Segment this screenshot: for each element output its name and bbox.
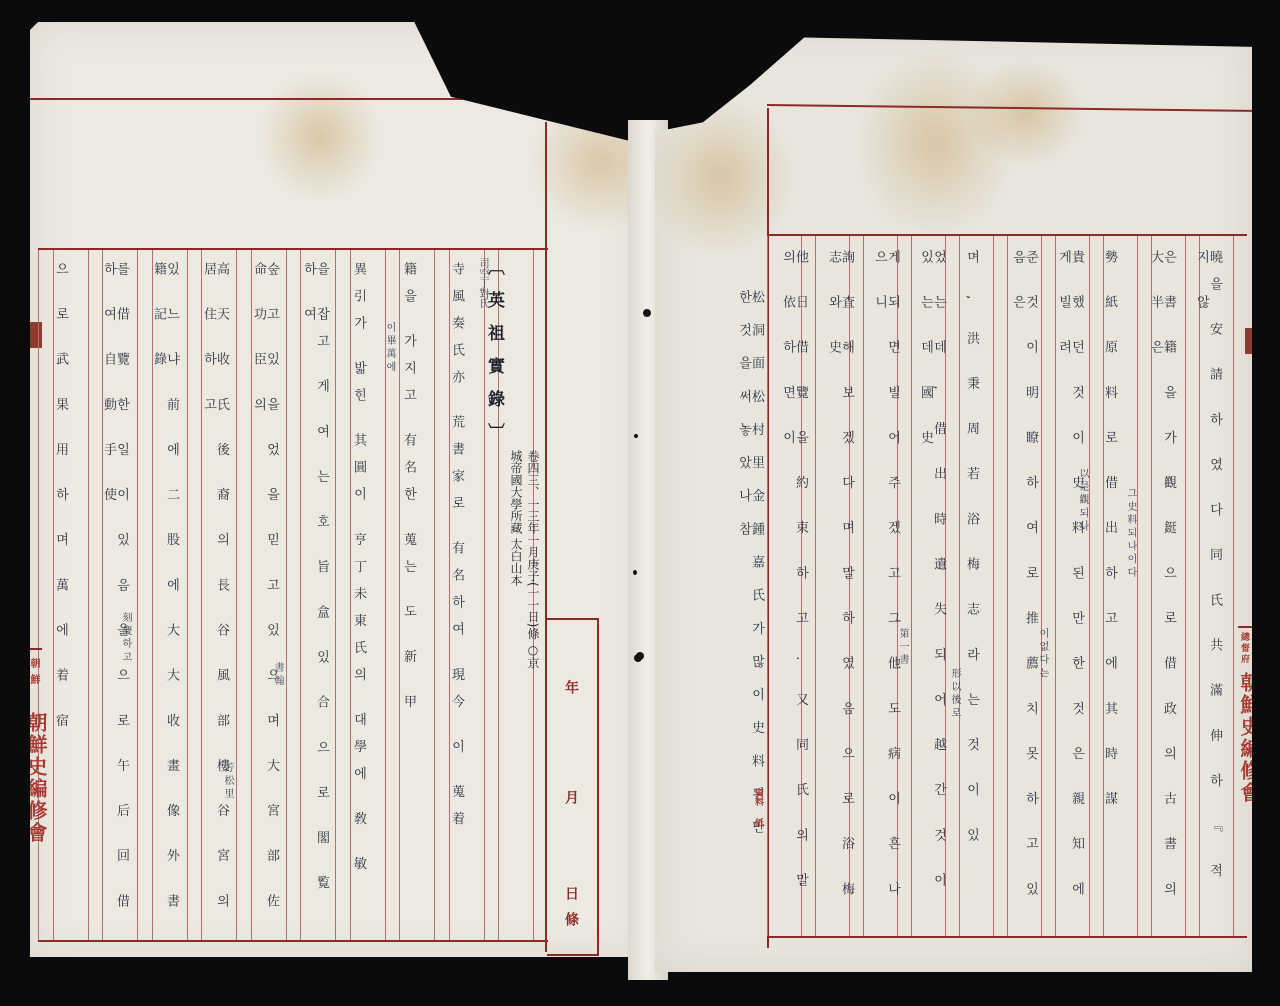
grid-gap xyxy=(187,250,202,940)
text-column-2: 은 書 籍 을 가 觀 鋌 으 로 借 政 의 古 書 의 大 半 은 xyxy=(1149,250,1175,930)
annotation: 이 畢 萬 에 xyxy=(382,322,397,372)
annotation: 그 史 料 되 나 이 다 xyxy=(1123,488,1138,577)
text-column-3: 異引가 밟힌 其圓이 亨丁未東氏의 대學에 敎 敏 xyxy=(352,262,365,922)
annotation: 司空丁對氏 xyxy=(475,258,490,308)
annotation: 書 翰 xyxy=(270,662,285,685)
grid-gap xyxy=(945,236,959,936)
grid-gap xyxy=(434,250,449,940)
text-column-10: 他 日 借 覽 을 約 束 하 고 . 又 同 氏 의 말 의 依 하 면 이 xyxy=(781,250,807,930)
grid-gap xyxy=(1089,236,1103,936)
binding-hole xyxy=(643,309,651,317)
text-column-7: 었 는 데 , 借 出 時 遺 失 되 어 越 간 것 이 있 는 데 國 史 xyxy=(919,250,945,930)
binding-hole xyxy=(633,570,637,575)
water-stain xyxy=(965,58,1085,168)
footer-mark: 紙 xyxy=(752,818,765,827)
annotation: 芳 松 里 xyxy=(220,762,235,798)
binding-hole xyxy=(634,434,638,438)
grid-gap xyxy=(335,250,350,940)
grid-gap xyxy=(993,236,1007,936)
annotation: 이 없 다 는 xyxy=(1035,628,1050,678)
grid-gap xyxy=(1233,236,1247,936)
right-page: 曉을 安 請 하 였 다 同 氏 共 滿 伸 하 『 적 지 않 은 書 籍 을… xyxy=(655,28,1252,972)
text-column-5: 숲 고 있 을 었 을 믿 고 있 으 며 大 宮 部 佐 命 功 臣 의 xyxy=(252,262,278,922)
date-month-label: 月 xyxy=(561,790,581,804)
imprint-main: 朝鮮史編修會 xyxy=(1235,672,1264,804)
text-column-4: 貴 했 던 것 이 史 料 된 만 한 것 은 親 知 에 게 빌 려 xyxy=(1057,250,1083,930)
imprint-main: 朝鮮史編修會 xyxy=(22,712,51,844)
text-column-7: 있 느 냐 前 에 二 股 에 大 大 收 畫 像 外 書 籍 記 錄 xyxy=(152,262,178,922)
annotation: 刻 慶 하 고 xyxy=(118,612,133,662)
text-column-9: 으 로 武 果 用 하 며 萬 에 着 宿 xyxy=(54,262,67,922)
margin-note: 松 洞 面 松 村 里 金 鍾 嘉 氏 가 많 이 史 料 된 만 한 것 을 … xyxy=(737,290,763,850)
annotation: 形 以 後 로 xyxy=(947,668,962,718)
text-column-8: 를 借 覽 한 일 이 있 음 을 으 로 午 后 回 借 하 여 自 動 手 … xyxy=(102,262,128,922)
imprint-small: 朝鮮 xyxy=(26,658,41,690)
text-column-5: 준 것 이 明 瞭 하 여 로 推 薦 치 못 하 고 있 음 은 xyxy=(1011,250,1037,930)
text-column-1: 寺風奏氏亦 荒書家로 有名하여 現今 이 蒐着 xyxy=(450,262,463,922)
date-year-label: 年 xyxy=(561,680,581,694)
text-column-6: 高 天 收 氏 後 裔 의 長 谷 風 部 樓 谷 宮 의 居 住 하 고 xyxy=(202,262,228,922)
grid-gap xyxy=(137,250,152,940)
water-stain xyxy=(260,72,380,202)
imprint-rule xyxy=(28,648,42,650)
footer-mark: 資料 xyxy=(752,788,765,806)
text-column-1: 曉을 安 請 하 였 다 同 氏 共 滿 伸 하 『 적 지 않 xyxy=(1195,250,1221,930)
text-column-8: 게 되 면 빌 어 주 겠 고 그 他 도 病 이 흔 나 으 니 xyxy=(873,250,899,930)
imprint-rule xyxy=(1238,626,1252,628)
left-page: 〔英祖實錄〕 卷四三、一三年一月庚子(一一日)條 ○京城帝國大學所藏 太白山本 … xyxy=(30,22,640,957)
grid-gap xyxy=(236,250,251,940)
top-rule xyxy=(30,98,550,100)
grid-gap xyxy=(286,250,301,940)
text-column-3: 勢 紙 原 料 로 借 出 하 고 에 其 時 謀 xyxy=(1103,250,1116,930)
edge-tab xyxy=(1245,328,1259,354)
text-column-6: 며 , 洪 秉 周 若 浴 梅 志 라 는 것 이 있 xyxy=(965,250,978,930)
binding-hole xyxy=(634,654,642,662)
imprint-small: 總督府 xyxy=(1238,632,1251,665)
grid-gap xyxy=(1041,236,1055,936)
date-day-label: 日 xyxy=(561,886,581,900)
date-box: 年 月 日 條 xyxy=(547,618,599,956)
annotation: 第 一 書 xyxy=(895,628,910,664)
source-citation: 卷四三、一三年一月庚子(一一日)條 ○京城帝國大學所藏 太白山本 xyxy=(508,450,542,680)
annotation: 以 是 觀 되 나 xyxy=(1075,468,1090,531)
date-clause-label: 條 xyxy=(561,912,581,926)
text-column-9: 詢 査 해 보 겠 다 며 말 하 였 음 으 로 浴 梅 志 와 史 xyxy=(827,250,853,930)
text-column-2: 籍을 가지고 有名한 蒐는 도 新 甲 xyxy=(402,262,415,922)
text-column-4: 을 잡고 게 여 는 호 旨 盒 있 合 으 로 閣 覧 하 여 xyxy=(302,262,328,922)
